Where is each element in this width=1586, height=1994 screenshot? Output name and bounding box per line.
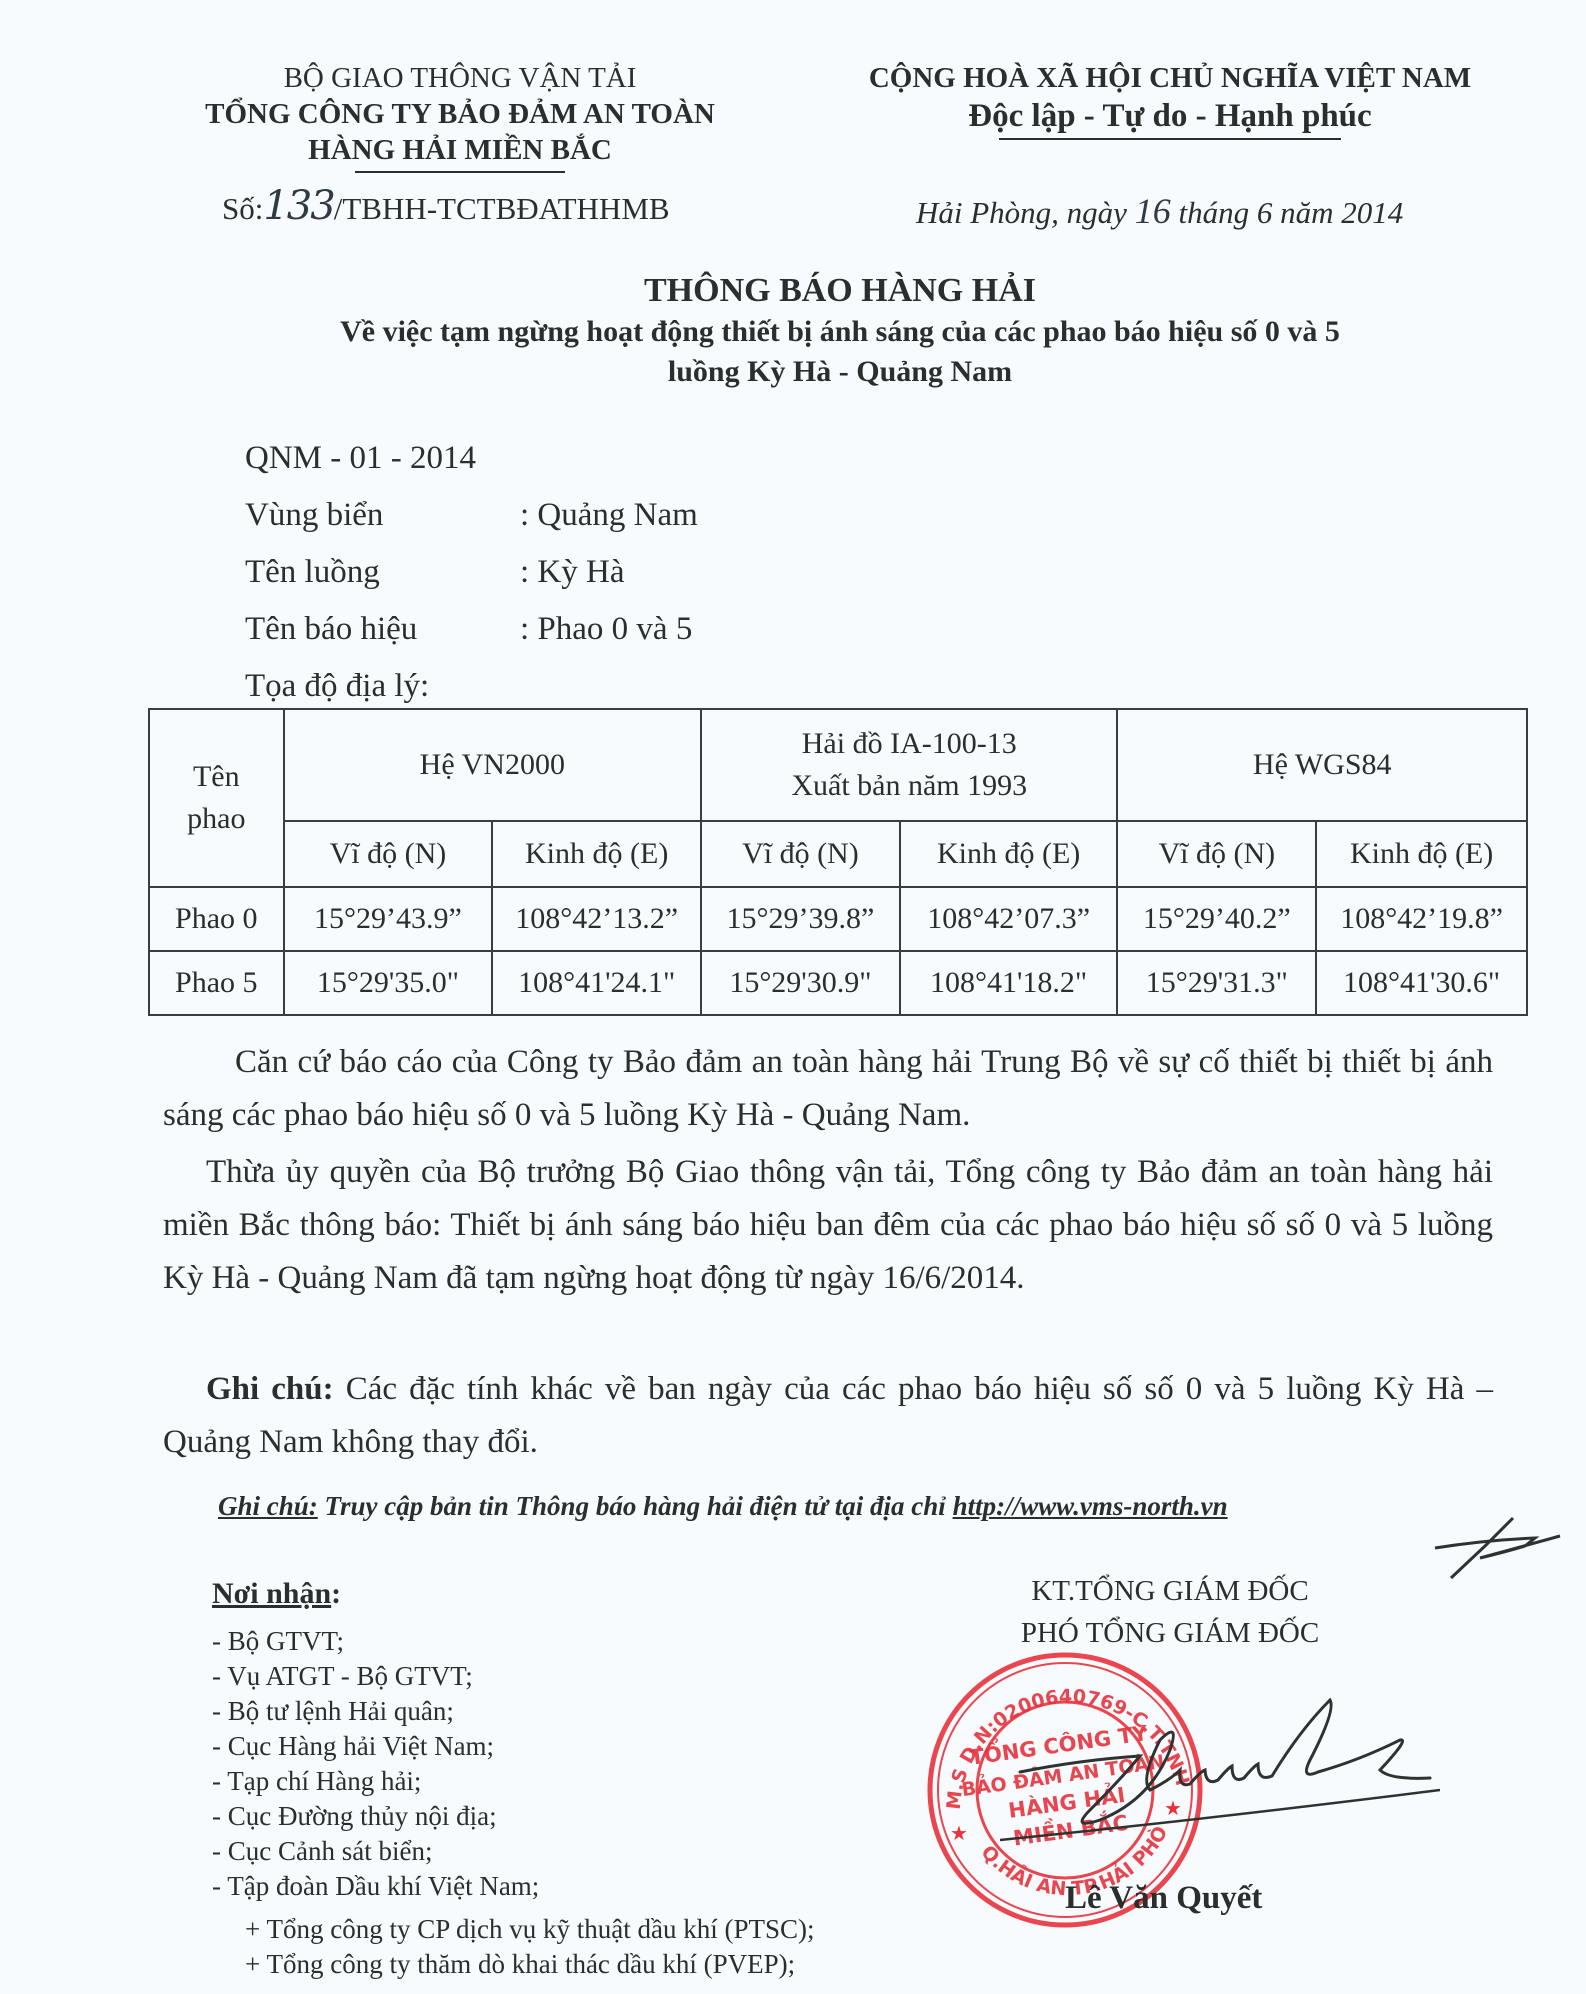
note-label: Ghi chú: (206, 1371, 334, 1407)
notice-subtitle-line2: luồng Kỳ Hà - Quảng Nam (150, 352, 1530, 392)
signature-title-line1: KT.TỔNG GIÁM ĐỐC (960, 1570, 1380, 1612)
system-header-chart: Hải đồ IA-100-13 Xuất bản năm 1993 (701, 709, 1117, 821)
coord-cell: 108°42’19.8” (1316, 887, 1527, 951)
list-item: - Cục Cảnh sát biển; (212, 1834, 814, 1869)
signer-name: Lê Văn Quyết (1065, 1880, 1262, 1917)
recipients-heading: Nơi nhận (212, 1577, 331, 1610)
motto-underline (999, 138, 1341, 140)
list-item: - Vụ ATGT - Bộ GTVT; (212, 1659, 814, 1694)
header-text: Tên (150, 756, 283, 798)
header-underline (355, 171, 565, 173)
table-subheader-row: Vĩ độ (N) Kinh độ (E) Vĩ độ (N) Kinh độ … (149, 821, 1527, 887)
coord-cell: 15°29'35.0" (284, 951, 493, 1015)
buoy-name: Phao 5 (149, 951, 284, 1015)
coordinates-table: Tên phao Hệ VN2000 Hải đồ IA-100-13 Xuất… (148, 708, 1528, 1016)
paragraph-basis: Căn cứ báo cáo của Công ty Bảo đảm an to… (163, 1036, 1493, 1142)
footnote-label: Ghi chú: (218, 1491, 318, 1521)
coord-cell: 15°29’39.8” (701, 887, 900, 951)
coord-cell: 108°41'30.6" (1316, 951, 1527, 1015)
buoy-name-header: Tên phao (149, 709, 284, 887)
list-item: - Tạp chí Hàng hải; (212, 1764, 814, 1799)
notice-info: QNM - 01 - 2014 Vùng biển : Quảng Nam Tê… (245, 430, 698, 715)
header-text: phao (150, 798, 283, 840)
country-name: CỘNG HOÀ XÃ HỘI CHỦ NGHĨA VIỆT NAM (820, 60, 1520, 96)
coord-cell: 15°29’40.2” (1117, 887, 1316, 951)
date-prefix: Hải Phòng, ngày (916, 195, 1135, 230)
buoy-name: Phao 0 (149, 887, 284, 951)
table-row: Phao 0 15°29’43.9” 108°42’13.2” 15°29’39… (149, 887, 1527, 951)
system-header-vn2000: Hệ VN2000 (284, 709, 701, 821)
info-row-sea-area: Vùng biển : Quảng Nam (245, 487, 698, 544)
list-item: - Bộ tư lệnh Hải quân; (212, 1694, 814, 1729)
notice-title: THÔNG BÁO HÀNG HẢI (150, 270, 1530, 312)
svg-text:★: ★ (950, 1821, 968, 1845)
national-header: CỘNG HOÀ XÃ HỘI CHỦ NGHĨA VIỆT NAM Độc l… (820, 60, 1520, 140)
paragraph-announcement: Thừa ủy quyền của Bộ trưởng Bộ Giao thôn… (163, 1146, 1493, 1305)
header-text: Hệ WGS84 (1118, 744, 1526, 786)
longitude-header: Kinh độ (E) (1316, 821, 1527, 887)
doc-number-prefix: Số: (222, 191, 263, 226)
list-item: - Bộ GTVT; (212, 1624, 814, 1659)
info-value: : Phao 0 và 5 (520, 601, 692, 658)
ministry-name: BỘ GIAO THÔNG VẬN TẢI (150, 60, 770, 96)
coord-cell: 15°29'30.9" (701, 951, 900, 1015)
document-number: Số:133/TBHH-TCTBĐATHHMB (222, 183, 670, 229)
info-value: : Kỳ Hà (520, 544, 624, 601)
initials-mark (1425, 1510, 1575, 1590)
footnote-text: Truy cập bản tin Thông báo hàng hải điện… (318, 1491, 953, 1521)
doc-number-handwritten: 133 (263, 183, 333, 229)
org-name-line2: HÀNG HẢI MIỀN BẮC (150, 132, 770, 168)
latitude-header: Vĩ độ (N) (1117, 821, 1316, 887)
doc-number-suffix: /TBHH-TCTBĐATHHMB (334, 191, 670, 226)
latitude-header: Vĩ độ (N) (701, 821, 900, 887)
national-motto: Độc lập - Tự do - Hạnh phúc (820, 96, 1520, 136)
recipients-list: Nơi nhận: - Bộ GTVT; - Vụ ATGT - Bộ GTVT… (212, 1572, 814, 1982)
list-item: - Cục Hàng hải Việt Nam; (212, 1729, 814, 1764)
list-sub-item: + Tổng công ty thăm dò khai thác dầu khí… (212, 1947, 814, 1982)
info-row-signal: Tên báo hiệu : Phao 0 và 5 (245, 601, 698, 658)
coord-cell: 15°29’43.9” (284, 887, 493, 951)
system-header-wgs84: Hệ WGS84 (1117, 709, 1527, 821)
notice-subtitle-line1: Về việc tạm ngừng hoạt động thiết bị ánh… (150, 312, 1530, 352)
date-day-handwritten: 16 (1135, 191, 1171, 231)
list-item: - Cục Đường thủy nội địa; (212, 1799, 814, 1834)
recipients-heading-colon: : (331, 1577, 341, 1610)
coord-cell: 15°29'31.3" (1117, 951, 1316, 1015)
issuer-header: BỘ GIAO THÔNG VẬN TẢI TỔNG CÔNG TY BẢO Đ… (150, 60, 770, 173)
list-sub-item: + Tổng công ty CP dịch vụ kỹ thuật dầu k… (212, 1912, 814, 1947)
place-and-date: Hải Phòng, ngày 16 tháng 6 năm 2014 (916, 190, 1403, 232)
notice-title-block: THÔNG BÁO HÀNG HẢI Về việc tạm ngừng hoạ… (150, 270, 1530, 392)
website-link[interactable]: http://www.vms-north.vn (953, 1491, 1228, 1521)
header-text: Hệ VN2000 (285, 744, 700, 786)
latitude-header: Vĩ độ (N) (284, 821, 493, 887)
coord-cell: 108°42’07.3” (900, 887, 1118, 951)
coord-cell: 108°41'18.2" (900, 951, 1118, 1015)
notice-code: QNM - 01 - 2014 (245, 430, 698, 487)
header-text: Xuất bản năm 1993 (702, 765, 1116, 807)
info-label: Tên báo hiệu (245, 601, 520, 658)
list-item: - Tập đoàn Dầu khí Việt Nam; (212, 1869, 814, 1904)
longitude-header: Kinh độ (E) (900, 821, 1118, 887)
coord-cell: 108°42’13.2” (492, 887, 701, 951)
table-header-row: Tên phao Hệ VN2000 Hải đồ IA-100-13 Xuất… (149, 709, 1527, 821)
paragraph-note: Ghi chú: Các đặc tính khác về ban ngày c… (163, 1363, 1493, 1469)
info-label: Vùng biển (245, 487, 520, 544)
info-label: Tên luồng (245, 544, 520, 601)
handwritten-signature (1000, 1680, 1440, 1880)
coordinates-label: Tọa độ địa lý: (245, 658, 698, 715)
org-name-line1: TỔNG CÔNG TY BẢO ĐẢM AN TOÀN (150, 96, 770, 132)
coord-cell: 108°41'24.1" (492, 951, 701, 1015)
date-suffix: tháng 6 năm 2014 (1171, 195, 1404, 230)
table-row: Phao 5 15°29'35.0" 108°41'24.1" 15°29'30… (149, 951, 1527, 1015)
info-row-channel: Tên luồng : Kỳ Hà (245, 544, 698, 601)
info-value: : Quảng Nam (520, 487, 698, 544)
longitude-header: Kinh độ (E) (492, 821, 701, 887)
footnote: Ghi chú: Truy cập bản tin Thông báo hàng… (218, 1491, 1228, 1522)
header-text: Hải đồ IA-100-13 (702, 723, 1116, 765)
note-text: Các đặc tính khác về ban ngày của các ph… (163, 1371, 1493, 1460)
